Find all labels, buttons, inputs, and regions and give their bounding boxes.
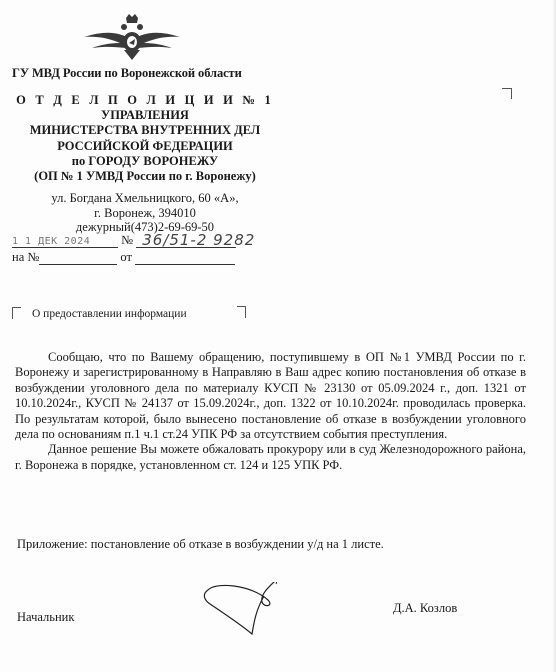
body-paragraph: Сообщаю, что по Вашему обращению, поступ…	[15, 350, 526, 442]
address-line: г. Воронеж, 394010	[10, 206, 280, 221]
mvd-emblem-icon	[82, 10, 182, 62]
letter-body: Сообщаю, что по Вашему обращению, поступ…	[15, 350, 526, 473]
department-line: УПРАВЛЕНИЯ	[10, 108, 280, 123]
number-field: 36/51-2 9282	[136, 234, 236, 248]
subject-corner-left	[12, 307, 21, 319]
organization-name: ГУ МВД России по Воронежской области	[12, 66, 242, 81]
subject-text: О предоставлении информации	[32, 308, 187, 320]
date-field: 1 1 ДЕК 2024	[12, 234, 118, 248]
department-line: РОССИЙСКОЙ ФЕДЕРАЦИИ	[10, 139, 280, 154]
attachment-note: Приложение: постановление об отказе в во…	[17, 537, 384, 552]
reply-to-label: на №	[12, 250, 39, 264]
signer-title: Начальник	[17, 610, 74, 625]
department-line: (ОП № 1 УМВД России по г. Воронежу)	[10, 169, 280, 184]
addressee-corner-mark	[502, 88, 512, 99]
address-block: ул. Богдана Хмельницкого, 60 «А», г. Вор…	[10, 191, 280, 235]
scan-edge	[552, 0, 556, 672]
number-label: №	[121, 233, 133, 247]
from-date-field	[135, 251, 235, 265]
outgoing-registration-line: 1 1 ДЕК 2024 № 36/51-2 9282	[12, 233, 236, 248]
department-block: О Т Д Е Л П О Л И Ц И И № 1 УПРАВЛЕНИЯ М…	[10, 93, 280, 184]
signer-name: Д.А. Козлов	[393, 601, 457, 616]
body-paragraph: Данное решение Вы можете обжаловать прок…	[15, 442, 526, 473]
reply-to-field	[39, 251, 117, 265]
signature-icon	[190, 582, 290, 642]
date-stamp: 1 1 ДЕК 2024	[12, 236, 90, 247]
handwritten-number: 36/51-2 9282	[142, 231, 255, 249]
address-line: ул. Богдана Хмельницкого, 60 «А»,	[10, 191, 280, 206]
subject-block: О предоставлении информации	[12, 307, 242, 327]
from-label: от	[120, 250, 132, 264]
subject-corner-right	[237, 306, 246, 318]
department-line: по ГОРОДУ ВОРОНЕЖУ	[10, 154, 280, 169]
department-line: О Т Д Е Л П О Л И Ц И И № 1	[10, 93, 280, 108]
department-line: МИНИСТЕРСТВА ВНУТРЕННИХ ДЕЛ	[10, 123, 280, 138]
reply-to-line: на № от	[12, 250, 235, 265]
